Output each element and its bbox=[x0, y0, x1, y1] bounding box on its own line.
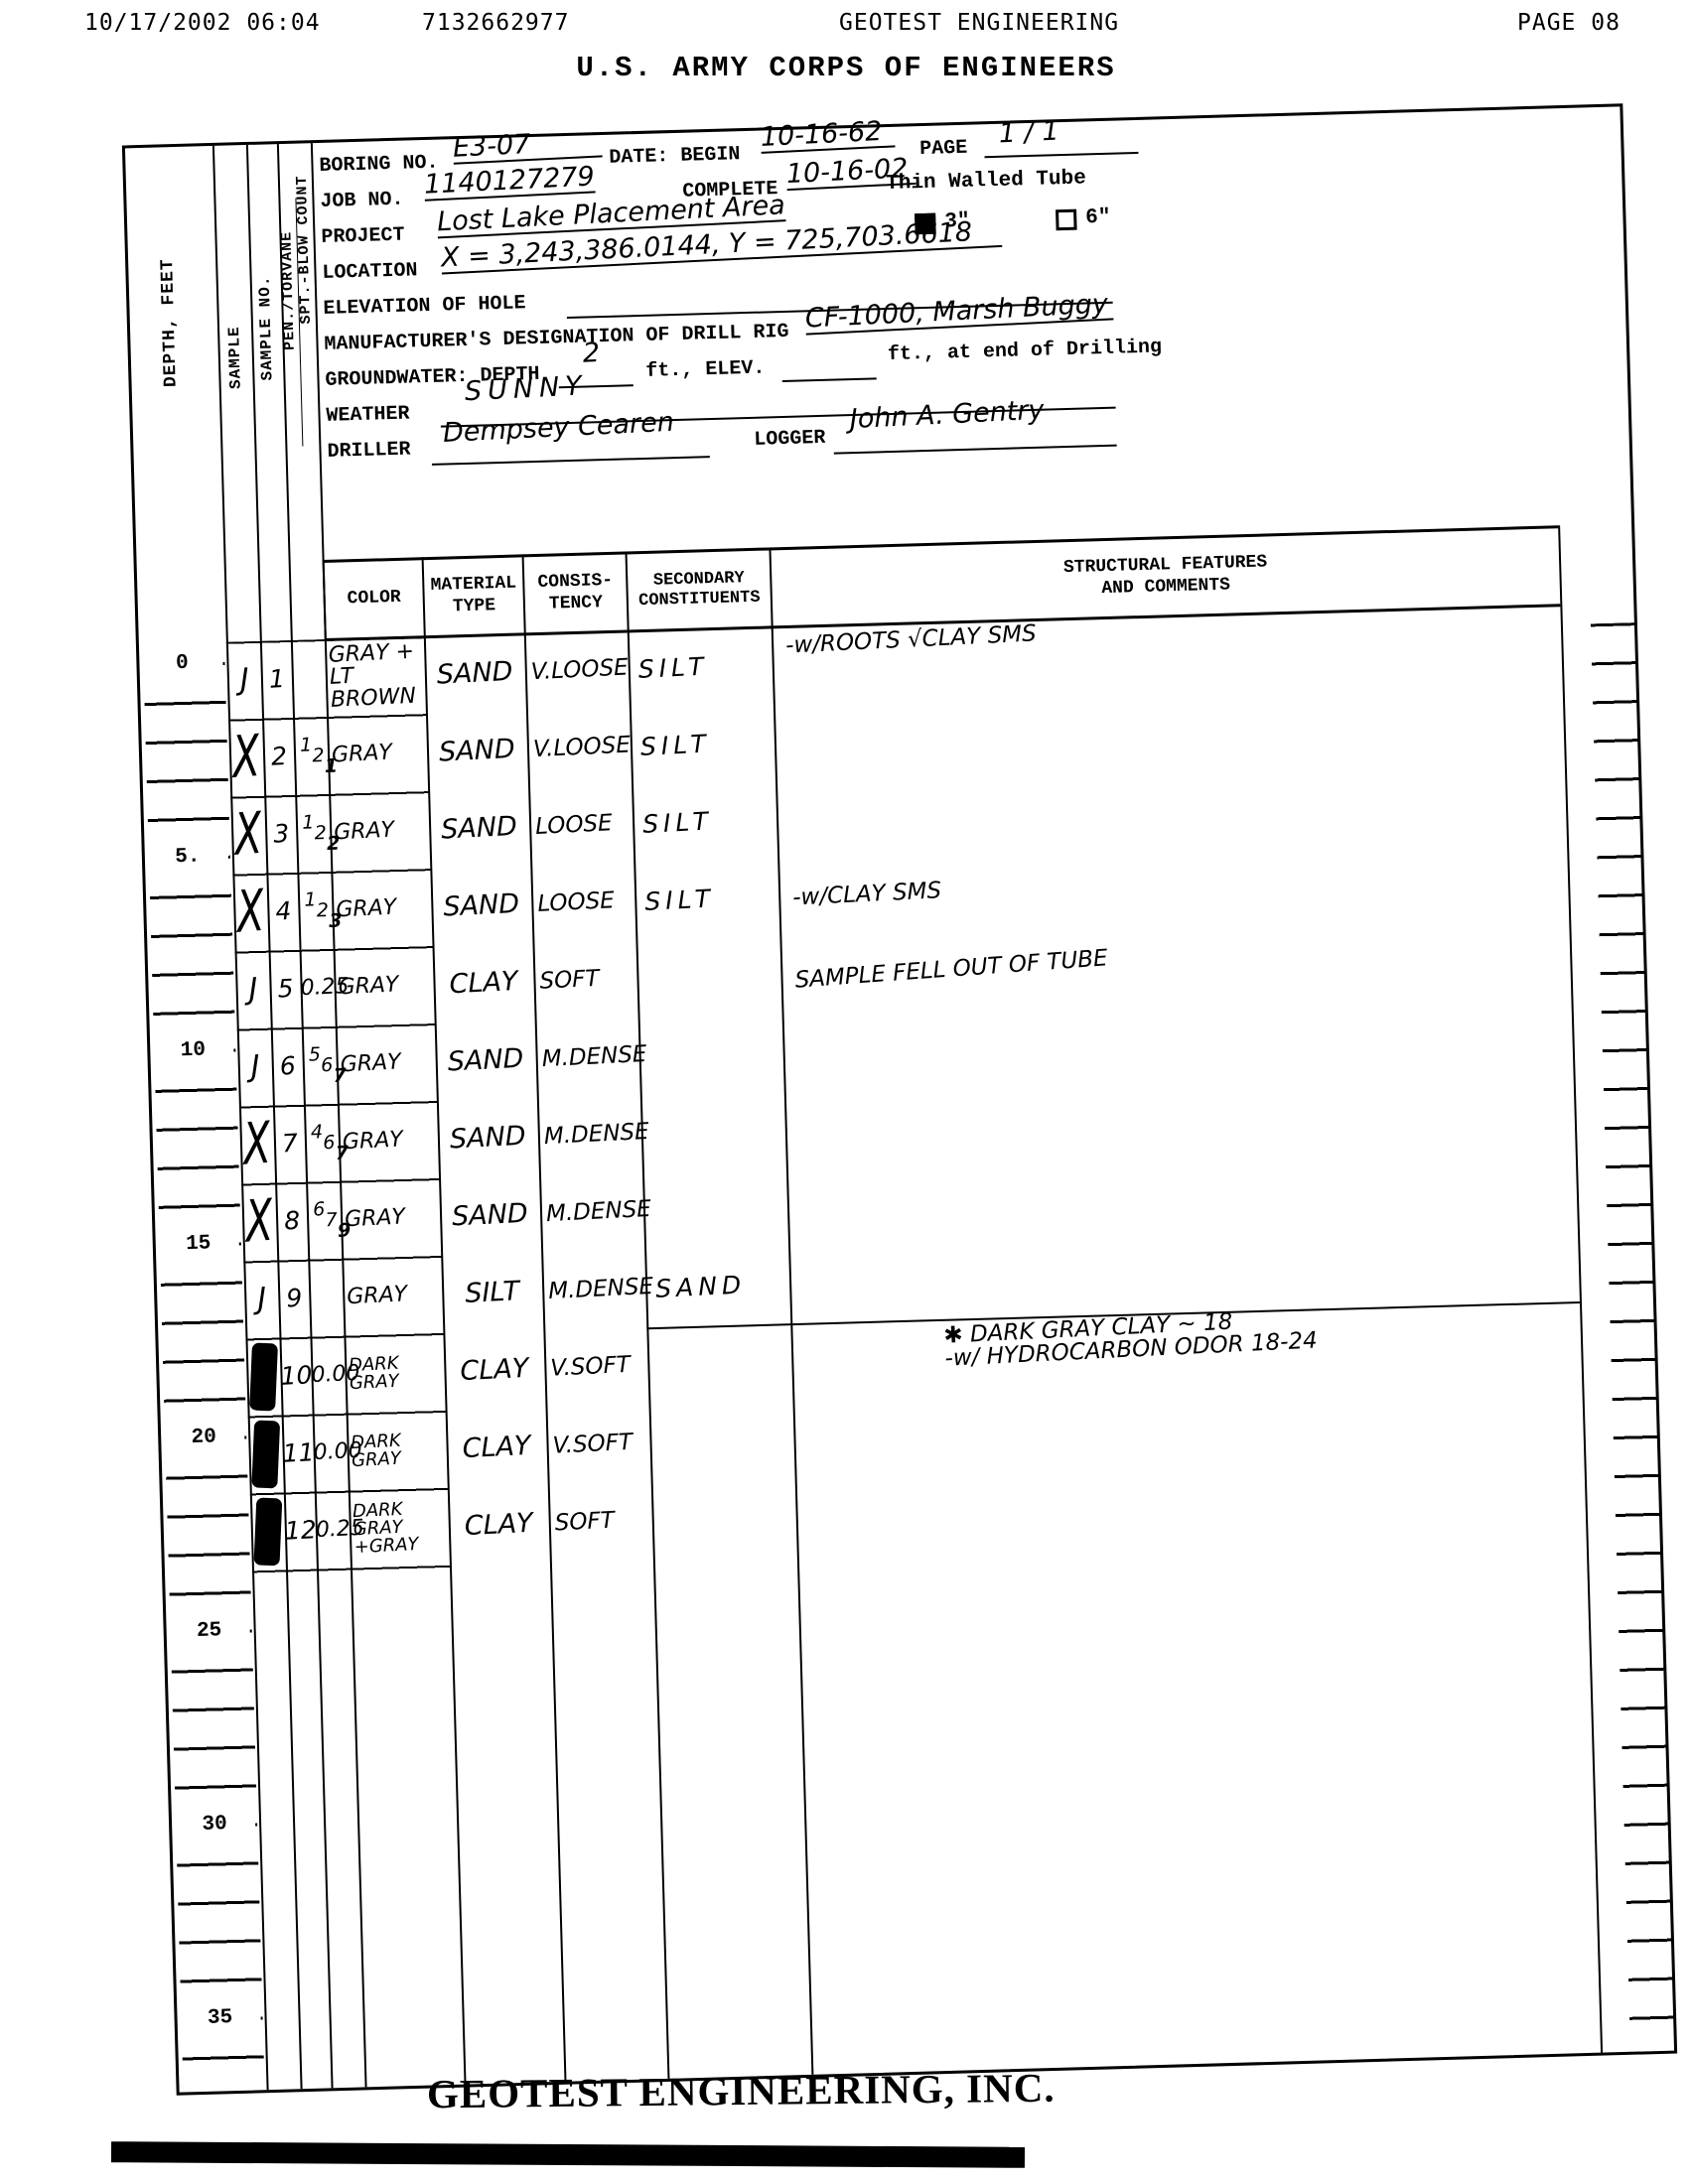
company-footer: GEOTEST ENGINEERING, INC. bbox=[427, 2064, 1056, 2118]
color-value: DARK GRAY bbox=[351, 1433, 402, 1470]
pen-blow-cell: 679 bbox=[306, 1181, 342, 1260]
color-cell: GRAY + LT BROWN bbox=[325, 636, 426, 717]
color-cell: GRAY bbox=[340, 1178, 441, 1259]
color-value: GRAY bbox=[336, 896, 397, 921]
blow-digit: 1 bbox=[302, 811, 315, 833]
sample-type-cell: X bbox=[232, 874, 268, 952]
consistency-cell: LOOSE bbox=[528, 785, 634, 866]
ft-elev-label: ft., ELEV. bbox=[645, 357, 766, 383]
pen-blow-cell: 123 bbox=[297, 872, 333, 950]
secondary-cell: SILT bbox=[628, 626, 774, 708]
consistency-cell: V.SOFT bbox=[543, 1327, 648, 1408]
fax-page-number: PAGE 08 bbox=[1517, 10, 1621, 36]
sample-no: 11 bbox=[282, 1440, 315, 1467]
sample-type-cell: X bbox=[228, 719, 264, 797]
pen-blow-cell: 0.25 bbox=[315, 1491, 351, 1570]
pen-blow-cell bbox=[291, 639, 327, 718]
sample-no: 1 bbox=[268, 666, 285, 692]
consistency-cell: M.DENSE bbox=[535, 1018, 640, 1098]
material-value: CLAY bbox=[460, 1355, 529, 1386]
consistency-value: M.DENSE bbox=[543, 1121, 649, 1150]
material-cell: CLAY bbox=[446, 1408, 548, 1488]
sample-mark: X bbox=[235, 883, 265, 943]
blow-digit: 6 bbox=[313, 1198, 326, 1220]
blow-digit: 1 bbox=[304, 888, 317, 910]
secondary-cell: SAND bbox=[644, 1246, 790, 1327]
consistency-cell: SOFT bbox=[532, 940, 637, 1021]
consistency-cell: V.LOOSE bbox=[524, 630, 630, 711]
sample-no-cell: 8 bbox=[275, 1182, 308, 1261]
material-value: SAND bbox=[436, 658, 513, 689]
material-cell: CLAY bbox=[448, 1485, 550, 1566]
blow-digit: 2 bbox=[312, 745, 325, 766]
weather-value: SUNNY bbox=[464, 372, 588, 406]
sample-no: 3 bbox=[272, 821, 289, 847]
pen-blow-cell: 0.25 bbox=[300, 949, 336, 1027]
consistency-value: M.DENSE bbox=[548, 1276, 654, 1304]
fax-sender: GEOTEST ENGINEERING bbox=[839, 10, 1119, 36]
secondary-cell: SILT bbox=[630, 704, 775, 785]
color-cell: DARK GRAY +GRAY bbox=[349, 1488, 450, 1569]
color-cell: GRAY bbox=[336, 1024, 437, 1104]
color-cell: DARK GRAY bbox=[344, 1333, 445, 1414]
fax-datetime: 10/17/2002 06:04 bbox=[84, 10, 321, 36]
sample-no-cell: 4 bbox=[266, 873, 299, 951]
consistency-value: V.LOOSE bbox=[530, 657, 629, 685]
color-value: GRAY bbox=[347, 1284, 408, 1308]
at-end-of-drilling-label: ft., at end of Drilling bbox=[888, 336, 1163, 366]
sample-mark: X bbox=[231, 728, 261, 788]
consistency-cell: V.SOFT bbox=[546, 1405, 651, 1485]
page-label: PAGE bbox=[919, 137, 968, 161]
material-value: SAND bbox=[452, 1200, 529, 1231]
material-value: CLAY bbox=[464, 1510, 533, 1541]
log-rows: J 1 GRAY + LT BROWN SAND V.LOOSE SILT -w… bbox=[226, 605, 1587, 1570]
consistency-value: V.SOFT bbox=[550, 1354, 631, 1381]
consistency-value: M.DENSE bbox=[546, 1198, 652, 1227]
color-value: GRAY + LT BROWN bbox=[328, 641, 426, 713]
consistency-value: V.LOOSE bbox=[532, 735, 631, 762]
scan-artifact-bar bbox=[111, 2141, 1025, 2168]
right-tick-marks bbox=[1591, 622, 1675, 2025]
date-begin-value: 10-16-62 bbox=[760, 117, 895, 153]
secondary-value: SILT bbox=[639, 732, 711, 760]
sample-type-cell: X bbox=[230, 796, 266, 875]
sample-no: 4 bbox=[274, 898, 291, 924]
material-value: SAND bbox=[441, 813, 518, 844]
blow-digit: 2 bbox=[317, 899, 330, 921]
secondary-value: SILT bbox=[644, 887, 716, 915]
pen-blow-cell: 122 bbox=[295, 794, 331, 873]
material-value: CLAY bbox=[462, 1433, 531, 1463]
sample-no-cell: 10 bbox=[279, 1337, 312, 1416]
material-value: SAND bbox=[447, 1045, 524, 1076]
material-value: SAND bbox=[443, 890, 520, 921]
sample-type-cell bbox=[248, 1416, 284, 1494]
sample-no: 7 bbox=[281, 1131, 298, 1157]
sample-no-cell: 12 bbox=[284, 1492, 317, 1570]
pen-blow-cell bbox=[308, 1259, 344, 1337]
secondary-cell bbox=[642, 1168, 788, 1250]
comments-value: SAMPLE FELL OUT OF TUBE bbox=[794, 948, 1108, 994]
consistency-value: LOOSE bbox=[535, 812, 614, 839]
project-label: PROJECT bbox=[321, 224, 405, 249]
color-value: DARK GRAY +GRAY bbox=[352, 1500, 419, 1557]
sample-type-cell bbox=[245, 1338, 281, 1417]
comments-value: -w/CLAY SMS bbox=[792, 880, 942, 910]
sample-mark: J bbox=[250, 1052, 260, 1083]
color-cell: GRAY bbox=[329, 791, 430, 872]
depth-label: 35 bbox=[179, 2004, 261, 2032]
column-header-color: COLOR bbox=[323, 557, 424, 641]
pen-blow-cell: 567 bbox=[302, 1026, 338, 1105]
sample-type-cell: J bbox=[235, 951, 271, 1029]
sample-mark: J bbox=[247, 975, 257, 1006]
color-value: GRAY bbox=[334, 819, 395, 844]
sample-mark: X bbox=[233, 805, 263, 866]
document-title: U.S. ARMY CORPS OF ENGINEERS bbox=[0, 52, 1692, 84]
groundwater-depth-value: 2 bbox=[582, 340, 601, 367]
sample-mark-blackout bbox=[251, 1420, 280, 1488]
underline bbox=[432, 456, 710, 466]
thin-walled-tube-label: Thin Walled Tube bbox=[886, 167, 1086, 196]
sample-mark: J bbox=[239, 665, 249, 696]
consistency-value: SOFT bbox=[554, 1510, 615, 1536]
sample-type-cell: J bbox=[243, 1261, 279, 1339]
consistency-cell: SOFT bbox=[548, 1482, 653, 1563]
color-value: GRAY bbox=[340, 1051, 401, 1076]
secondary-cell bbox=[651, 1478, 797, 1560]
secondary-cell bbox=[635, 936, 781, 1018]
underline bbox=[782, 377, 877, 382]
sample-type-cell: X bbox=[241, 1183, 277, 1262]
sample-no: 6 bbox=[279, 1053, 296, 1079]
drill-rig-value: CF-1000, Marsh Buggy bbox=[804, 290, 1113, 335]
sample-mark: J bbox=[256, 1285, 266, 1315]
secondary-cell: SILT bbox=[632, 781, 777, 863]
color-value: GRAY bbox=[345, 1206, 406, 1231]
sample-type-cell bbox=[250, 1492, 286, 1570]
pen-blow-cell: 0.00 bbox=[310, 1336, 346, 1415]
sample-no: 2 bbox=[270, 744, 287, 769]
color-value: DARK GRAY bbox=[349, 1355, 400, 1393]
column-header-material-type: MATERIAL TYPE bbox=[422, 554, 524, 638]
sample-no: 12 bbox=[284, 1518, 317, 1545]
color-value: GRAY bbox=[338, 974, 399, 999]
material-value: SILT bbox=[465, 1278, 520, 1307]
pen-blow-cell: 0.00 bbox=[313, 1414, 349, 1492]
depth-label: 30 bbox=[174, 1811, 256, 1839]
underline bbox=[834, 445, 1117, 455]
material-cell: SAND bbox=[426, 711, 528, 791]
secondary-cell bbox=[640, 1091, 786, 1172]
column-header-secondary-constituents: SECONDARY CONSTITUENTS bbox=[625, 547, 771, 632]
depth-label: 15 bbox=[157, 1231, 239, 1259]
sample-no-cell: 5 bbox=[269, 950, 302, 1028]
sample-no-cell: 7 bbox=[273, 1105, 306, 1183]
blow-digit: 4 bbox=[311, 1121, 324, 1143]
material-cell: SAND bbox=[428, 788, 530, 869]
blow-digit: 1 bbox=[300, 734, 313, 755]
color-cell: GRAY bbox=[334, 946, 435, 1026]
depth-label: 20 bbox=[163, 1425, 245, 1452]
column-header-consistency: CONSIS- TENCY bbox=[522, 552, 628, 636]
color-cell: DARK GRAY bbox=[347, 1411, 448, 1491]
consistency-cell: M.DENSE bbox=[539, 1172, 644, 1253]
material-cell: CLAY bbox=[443, 1330, 545, 1411]
material-cell: SILT bbox=[441, 1253, 543, 1333]
secondary-cell bbox=[648, 1401, 794, 1482]
comments-value: -w/ROOTS √CLAY SMS bbox=[785, 622, 1038, 658]
secondary-value: SILT bbox=[642, 809, 714, 838]
secondary-value: SILT bbox=[637, 654, 709, 683]
sample-mark-blackout bbox=[249, 1342, 278, 1411]
sample-no-cell: 2 bbox=[262, 718, 295, 796]
blow-digit: 5 bbox=[309, 1043, 322, 1065]
underline bbox=[985, 152, 1139, 158]
location-label: LOCATION bbox=[322, 259, 418, 285]
logger-label: LOGGER bbox=[754, 427, 826, 452]
consistency-value: V.SOFT bbox=[552, 1432, 633, 1458]
sample-mark: X bbox=[244, 1191, 274, 1252]
driller-value: Dempsey Cearen bbox=[442, 409, 674, 448]
logger-value: John A. Gentry bbox=[849, 397, 1045, 434]
color-cell: GRAY bbox=[338, 1101, 439, 1181]
color-value: GRAY bbox=[332, 742, 393, 766]
boring-no-value: E3-07 bbox=[452, 127, 602, 164]
sample-mark-blackout bbox=[253, 1497, 282, 1566]
blow-digit: 6 bbox=[321, 1054, 334, 1076]
secondary-cell bbox=[638, 1014, 784, 1095]
material-cell: SAND bbox=[437, 1098, 539, 1178]
boring-log-form: DEPTH, FEET SAMPLE SAMPLE NO. PEN./TORVA… bbox=[122, 103, 1677, 2095]
color-cell: GRAY bbox=[331, 869, 432, 949]
tube-6in-checkbox-unchecked bbox=[1056, 209, 1077, 231]
depth-label: 10 bbox=[152, 1037, 234, 1065]
material-cell: SAND bbox=[430, 866, 532, 946]
scanned-boring-log-page: 10/17/2002 06:04 7132662977 GEOTEST ENGI… bbox=[0, 0, 1692, 2184]
consistency-cell: LOOSE bbox=[530, 863, 635, 943]
sample-no-cell: 11 bbox=[282, 1415, 315, 1493]
material-cell: SAND bbox=[439, 1175, 541, 1256]
sample-mark: X bbox=[242, 1114, 272, 1174]
page-value: 1 / 1 bbox=[998, 118, 1059, 148]
depth-label: 25 bbox=[168, 1617, 250, 1645]
boring-no-label: BORING NO. bbox=[319, 152, 439, 178]
side-label-sample-no: SAMPLE NO. bbox=[256, 275, 277, 380]
color-cell: GRAY bbox=[327, 714, 428, 794]
material-cell: SAND bbox=[435, 1021, 537, 1101]
color-value: GRAY bbox=[342, 1129, 403, 1154]
side-label-depth-feet: DEPTH, FEET bbox=[158, 258, 182, 387]
color-cell: GRAY bbox=[342, 1256, 443, 1336]
weather-label: WEATHER bbox=[326, 403, 410, 428]
consistency-cell: M.DENSE bbox=[537, 1095, 642, 1175]
depth-label: 5. bbox=[147, 844, 229, 872]
drill-rig-label: MANUFACTURER'S DESIGNATION OF DRILL RIG bbox=[324, 321, 789, 356]
material-value: SAND bbox=[439, 736, 516, 766]
date-begin-label: DATE: BEGIN bbox=[609, 143, 741, 170]
sample-no-cell: 6 bbox=[271, 1027, 304, 1106]
material-cell: SAND bbox=[424, 633, 526, 714]
material-value: CLAY bbox=[449, 968, 518, 999]
consistency-value: LOOSE bbox=[537, 889, 616, 916]
job-no-value: 1140127279 bbox=[423, 163, 595, 201]
driller-label: DRILLER bbox=[327, 438, 411, 463]
sample-no: 5 bbox=[277, 976, 294, 1002]
depth-label: 0 bbox=[141, 650, 223, 678]
sample-no-cell: 3 bbox=[264, 795, 297, 874]
sample-no: 10 bbox=[280, 1363, 313, 1390]
pen-blow-cell: 121 bbox=[293, 717, 329, 795]
job-no-label: JOB NO. bbox=[320, 189, 404, 213]
blow-digit: 6 bbox=[323, 1132, 336, 1154]
secondary-value: SAND bbox=[655, 1273, 747, 1302]
secondary-cell: SILT bbox=[634, 859, 779, 940]
fax-number: 7132662977 bbox=[422, 10, 569, 36]
sample-no: 9 bbox=[285, 1286, 302, 1311]
tube-6in-label: 6" bbox=[1085, 206, 1111, 230]
sample-no: 8 bbox=[283, 1208, 300, 1234]
consistency-value: SOFT bbox=[539, 968, 600, 994]
consistency-cell: M.DENSE bbox=[541, 1250, 646, 1330]
consistency-cell: V.LOOSE bbox=[526, 708, 632, 788]
sample-no-cell: 9 bbox=[277, 1260, 310, 1338]
sample-no-cell: 1 bbox=[260, 640, 293, 719]
side-label-sample: SAMPLE bbox=[225, 326, 245, 389]
secondary-cell bbox=[646, 1323, 792, 1405]
material-value: SAND bbox=[449, 1123, 526, 1154]
material-cell: CLAY bbox=[433, 943, 535, 1024]
consistency-value: M.DENSE bbox=[541, 1043, 647, 1072]
sample-type-cell: J bbox=[226, 641, 262, 720]
blow-digit: 2 bbox=[314, 822, 327, 844]
elevation-label: ELEVATION OF HOLE bbox=[323, 292, 526, 321]
sample-type-cell: X bbox=[239, 1106, 275, 1184]
sample-type-cell: J bbox=[237, 1028, 273, 1107]
pen-blow-cell: 467 bbox=[304, 1104, 340, 1182]
blow-digit: 7 bbox=[325, 1209, 338, 1231]
